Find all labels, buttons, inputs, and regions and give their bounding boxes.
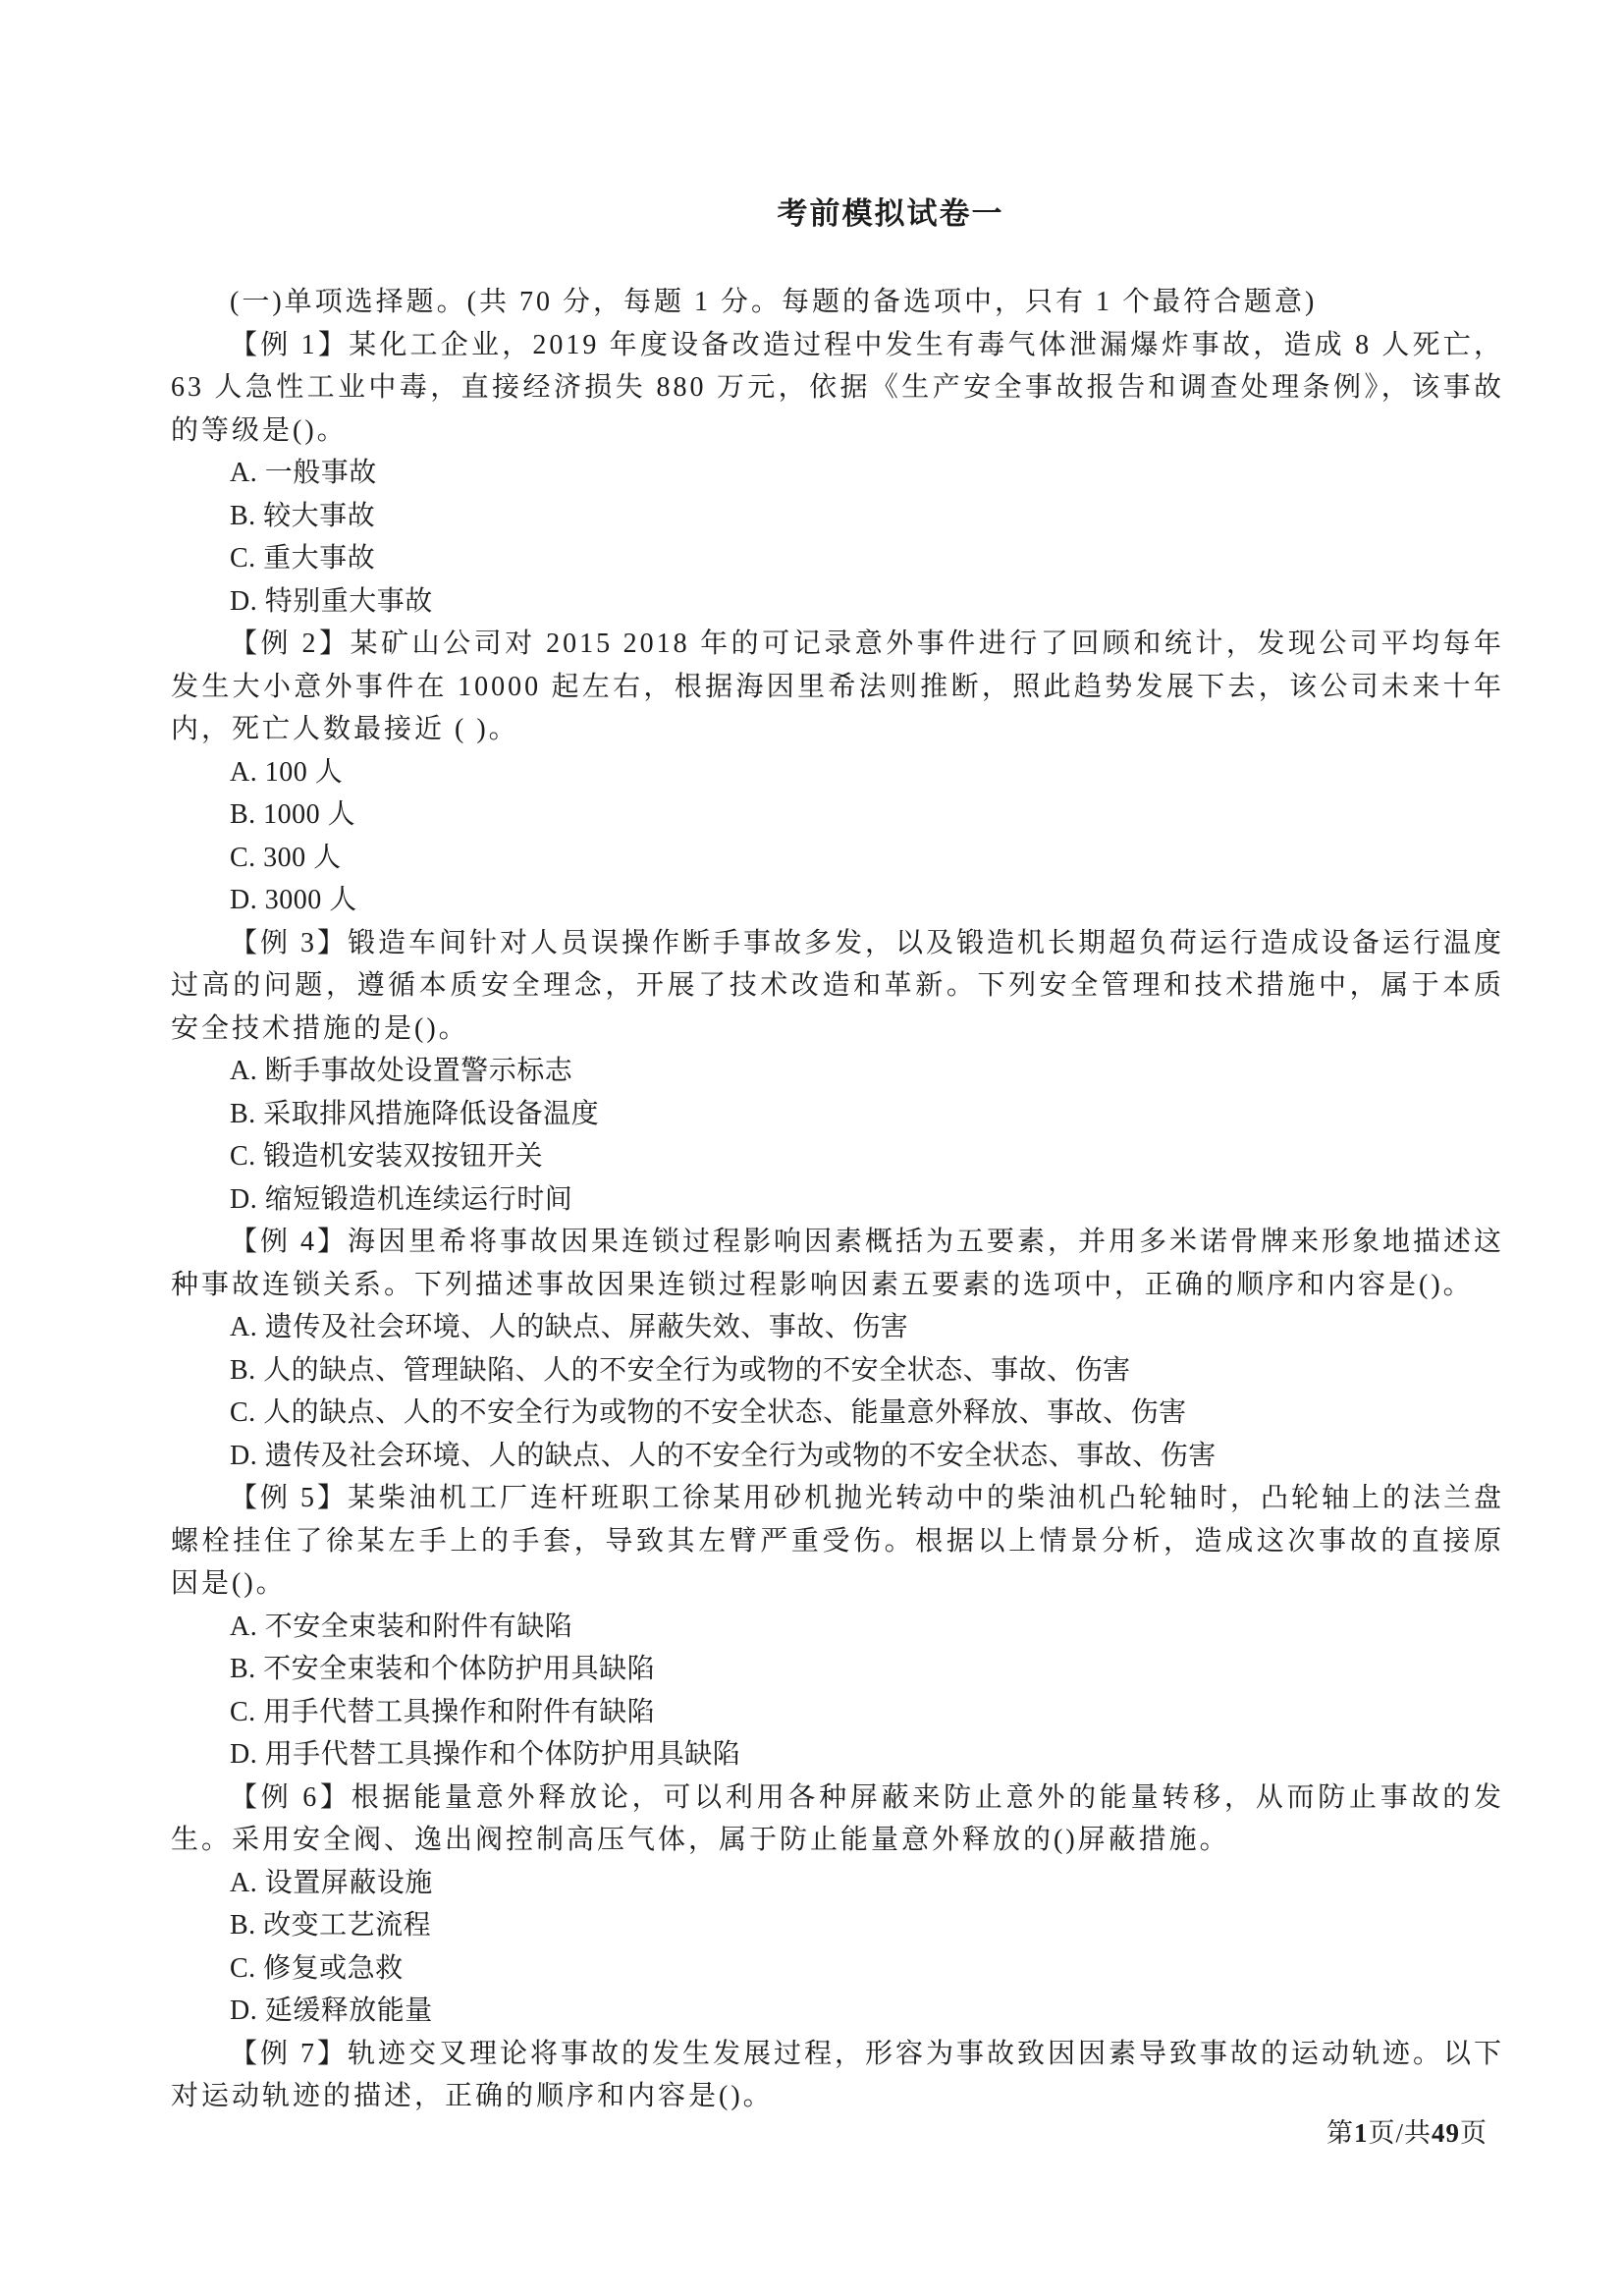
question-option: A. 一般事故: [171, 452, 1504, 495]
question-option: C. 用手代替工具操作和附件有缺陷: [171, 1691, 1504, 1734]
question-option: A. 不安全束装和附件有缺陷: [171, 1606, 1504, 1649]
question-option: A. 断手事故处设置警示标志: [171, 1050, 1504, 1093]
document-body: 考前模拟试卷一 (一)单项选择题。(共 70 分，每题 1 分。每题的备选项中，…: [171, 0, 1504, 2118]
footer-text: 页: [1460, 2118, 1488, 2148]
question-option: C. 300 人: [171, 837, 1504, 880]
page-title: 考前模拟试卷一: [171, 192, 1504, 236]
question-option: B. 1000 人: [171, 793, 1504, 837]
question-option: D. 特别重大事故: [171, 580, 1504, 624]
question-stem: 【例 5】某柴油机工厂连杆班职工徐某用砂机抛光转动中的柴油机凸轮轴时，凸轮轴上的…: [171, 1477, 1504, 1606]
question-option: C. 修复或急救: [171, 1947, 1504, 1991]
section-instructions: (一)单项选择题。(共 70 分，每题 1 分。每题的备选项中，只有 1 个最符…: [171, 281, 1504, 324]
question-option: A. 遗传及社会环境、人的缺点、屏蔽失效、事故、伤害: [171, 1306, 1504, 1349]
page-number-footer: 第1页/共49页: [1326, 2111, 1488, 2150]
question-option: D. 延缓释放能量: [171, 1990, 1504, 2033]
question-option: C. 人的缺点、人的不安全行为或物的不安全状态、能量意外释放、事故、伤害: [171, 1392, 1504, 1435]
question-option: D. 遗传及社会环境、人的缺点、人的不安全行为或物的不安全状态、事故、伤害: [171, 1435, 1504, 1478]
question-stem: 【例 4】海因里希将事故因果连锁过程影响因素概括为五要素，并用多米诺骨牌来形象地…: [171, 1221, 1504, 1306]
exam-document-page: 考前模拟试卷一 (一)单项选择题。(共 70 分，每题 1 分。每题的备选项中，…: [0, 0, 1623, 2296]
question-option: D. 用手代替工具操作和个体防护用具缺陷: [171, 1733, 1504, 1777]
question-stem: 【例 7】轨迹交叉理论将事故的发生发展过程，形容为事故致因因素导致事故的运动轨迹…: [171, 2033, 1504, 2118]
question-option: D. 缩短锻造机连续运行时间: [171, 1178, 1504, 1222]
question-option: B. 较大事故: [171, 495, 1504, 538]
question-stem: 【例 6】根据能量意外释放论，可以利用各种屏蔽来防止意外的能量转移，从而防止事故…: [171, 1777, 1504, 1862]
question-option: C. 重大事故: [171, 537, 1504, 580]
question-stem: 【例 1】某化工企业，2019 年度设备改造过程中发生有毒气体泄漏爆炸事故，造成…: [171, 324, 1504, 453]
question-stem: 【例 3】锻造车间针对人员误操作断手事故多发，以及锻造机长期超负荷运行造成设备运…: [171, 922, 1504, 1051]
question-option: C. 锻造机安装双按钮开关: [171, 1135, 1504, 1178]
question-option: B. 改变工艺流程: [171, 1904, 1504, 1947]
footer-text: 第: [1326, 2118, 1354, 2148]
total-page-count: 49: [1432, 2118, 1460, 2148]
question-option: D. 3000 人: [171, 879, 1504, 922]
question-option: B. 不安全束装和个体防护用具缺陷: [171, 1648, 1504, 1691]
question-option: A. 100 人: [171, 751, 1504, 794]
question-option: B. 采取排风措施降低设备温度: [171, 1093, 1504, 1136]
question-option: A. 设置屏蔽设施: [171, 1862, 1504, 1905]
question-stem: 【例 2】某矿山公司对 2015 2018 年的可记录意外事件进行了回顾和统计，…: [171, 623, 1504, 751]
question-option: B. 人的缺点、管理缺陷、人的不安全行为或物的不安全状态、事故、伤害: [171, 1349, 1504, 1393]
footer-text: 页/共: [1368, 2118, 1432, 2148]
current-page-number: 1: [1354, 2118, 1369, 2148]
